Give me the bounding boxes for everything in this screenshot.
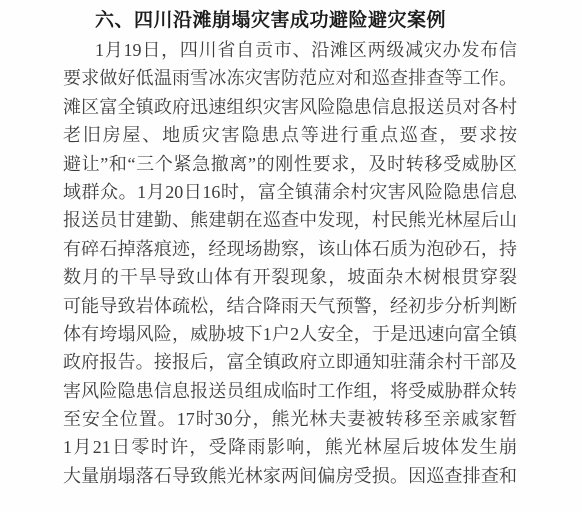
text-line: 政府报告。接报后，富全镇政府立即通知驻蒲余村干部及灾 (63, 348, 517, 376)
text-line: 滩区富全镇政府迅速组织灾害风险隐患信息报送员对各村 (63, 93, 517, 121)
text-line: 避让”和“三个紧急撤离”的刚性要求，及时转移受威胁区 (63, 150, 517, 178)
text-line: 老旧房屋、地质灾害隐患点等进行重点巡查，要求按照“三 (63, 121, 517, 149)
text-line: 报送员甘建勤、熊建朝在巡查中发现，村民熊光林屋后山体 (63, 206, 517, 234)
text-line: 至安全位置。17时30分，熊光林夫妻被转移至亲戚家暂住。 (63, 405, 517, 433)
document-page: 六、四川沿滩崩塌灾害成功避险避灾案例 1月19日，四川省自贡市、沿滩区两级减灾办… (0, 0, 582, 512)
text-line: 有碎石掉落痕迹，经现场勘察，该山体石质为泡砂石，持续 (63, 235, 517, 263)
text-line: 要求做好低温雨雪冰冻灾害防范应对和巡查排查等工作。沿 (63, 64, 517, 92)
text-line: 可能导致岩体疏松，结合降雨天气预警，经初步分析判断坡 (63, 292, 517, 320)
section-title: 六、四川沿滩崩塌灾害成功避险避灾案例 (95, 8, 517, 33)
text-line: 大量崩塌落石导致熊光林家两间偏房受损。因巡查排查和转 (63, 462, 517, 490)
text-line: 体有垮塌风险，威胁坡下1户2人安全，于是迅速向富全镇 (63, 320, 517, 348)
text-line: 数月的干旱导致山体有开裂现象，坡面杂木树根贯穿裂缝， (63, 263, 517, 291)
document-body: 1月19日，四川省自贡市、沿滩区两级减灾办发布信息，要求做好低温雨雪冰冻灾害防范… (63, 36, 517, 490)
text-line: 1月19日，四川省自贡市、沿滩区两级减灾办发布信息， (63, 36, 517, 64)
text-line: 害风险隐患信息报送员组成临时工作组，将受威胁群众转移 (63, 377, 517, 405)
text-line: 域群众。1月20日16时，富全镇蒲余村灾害风险隐患信息 (63, 178, 517, 206)
text-line: 1月21日零时许，受降雨影响，熊光林屋后坡体发生崩塌， (63, 433, 517, 461)
